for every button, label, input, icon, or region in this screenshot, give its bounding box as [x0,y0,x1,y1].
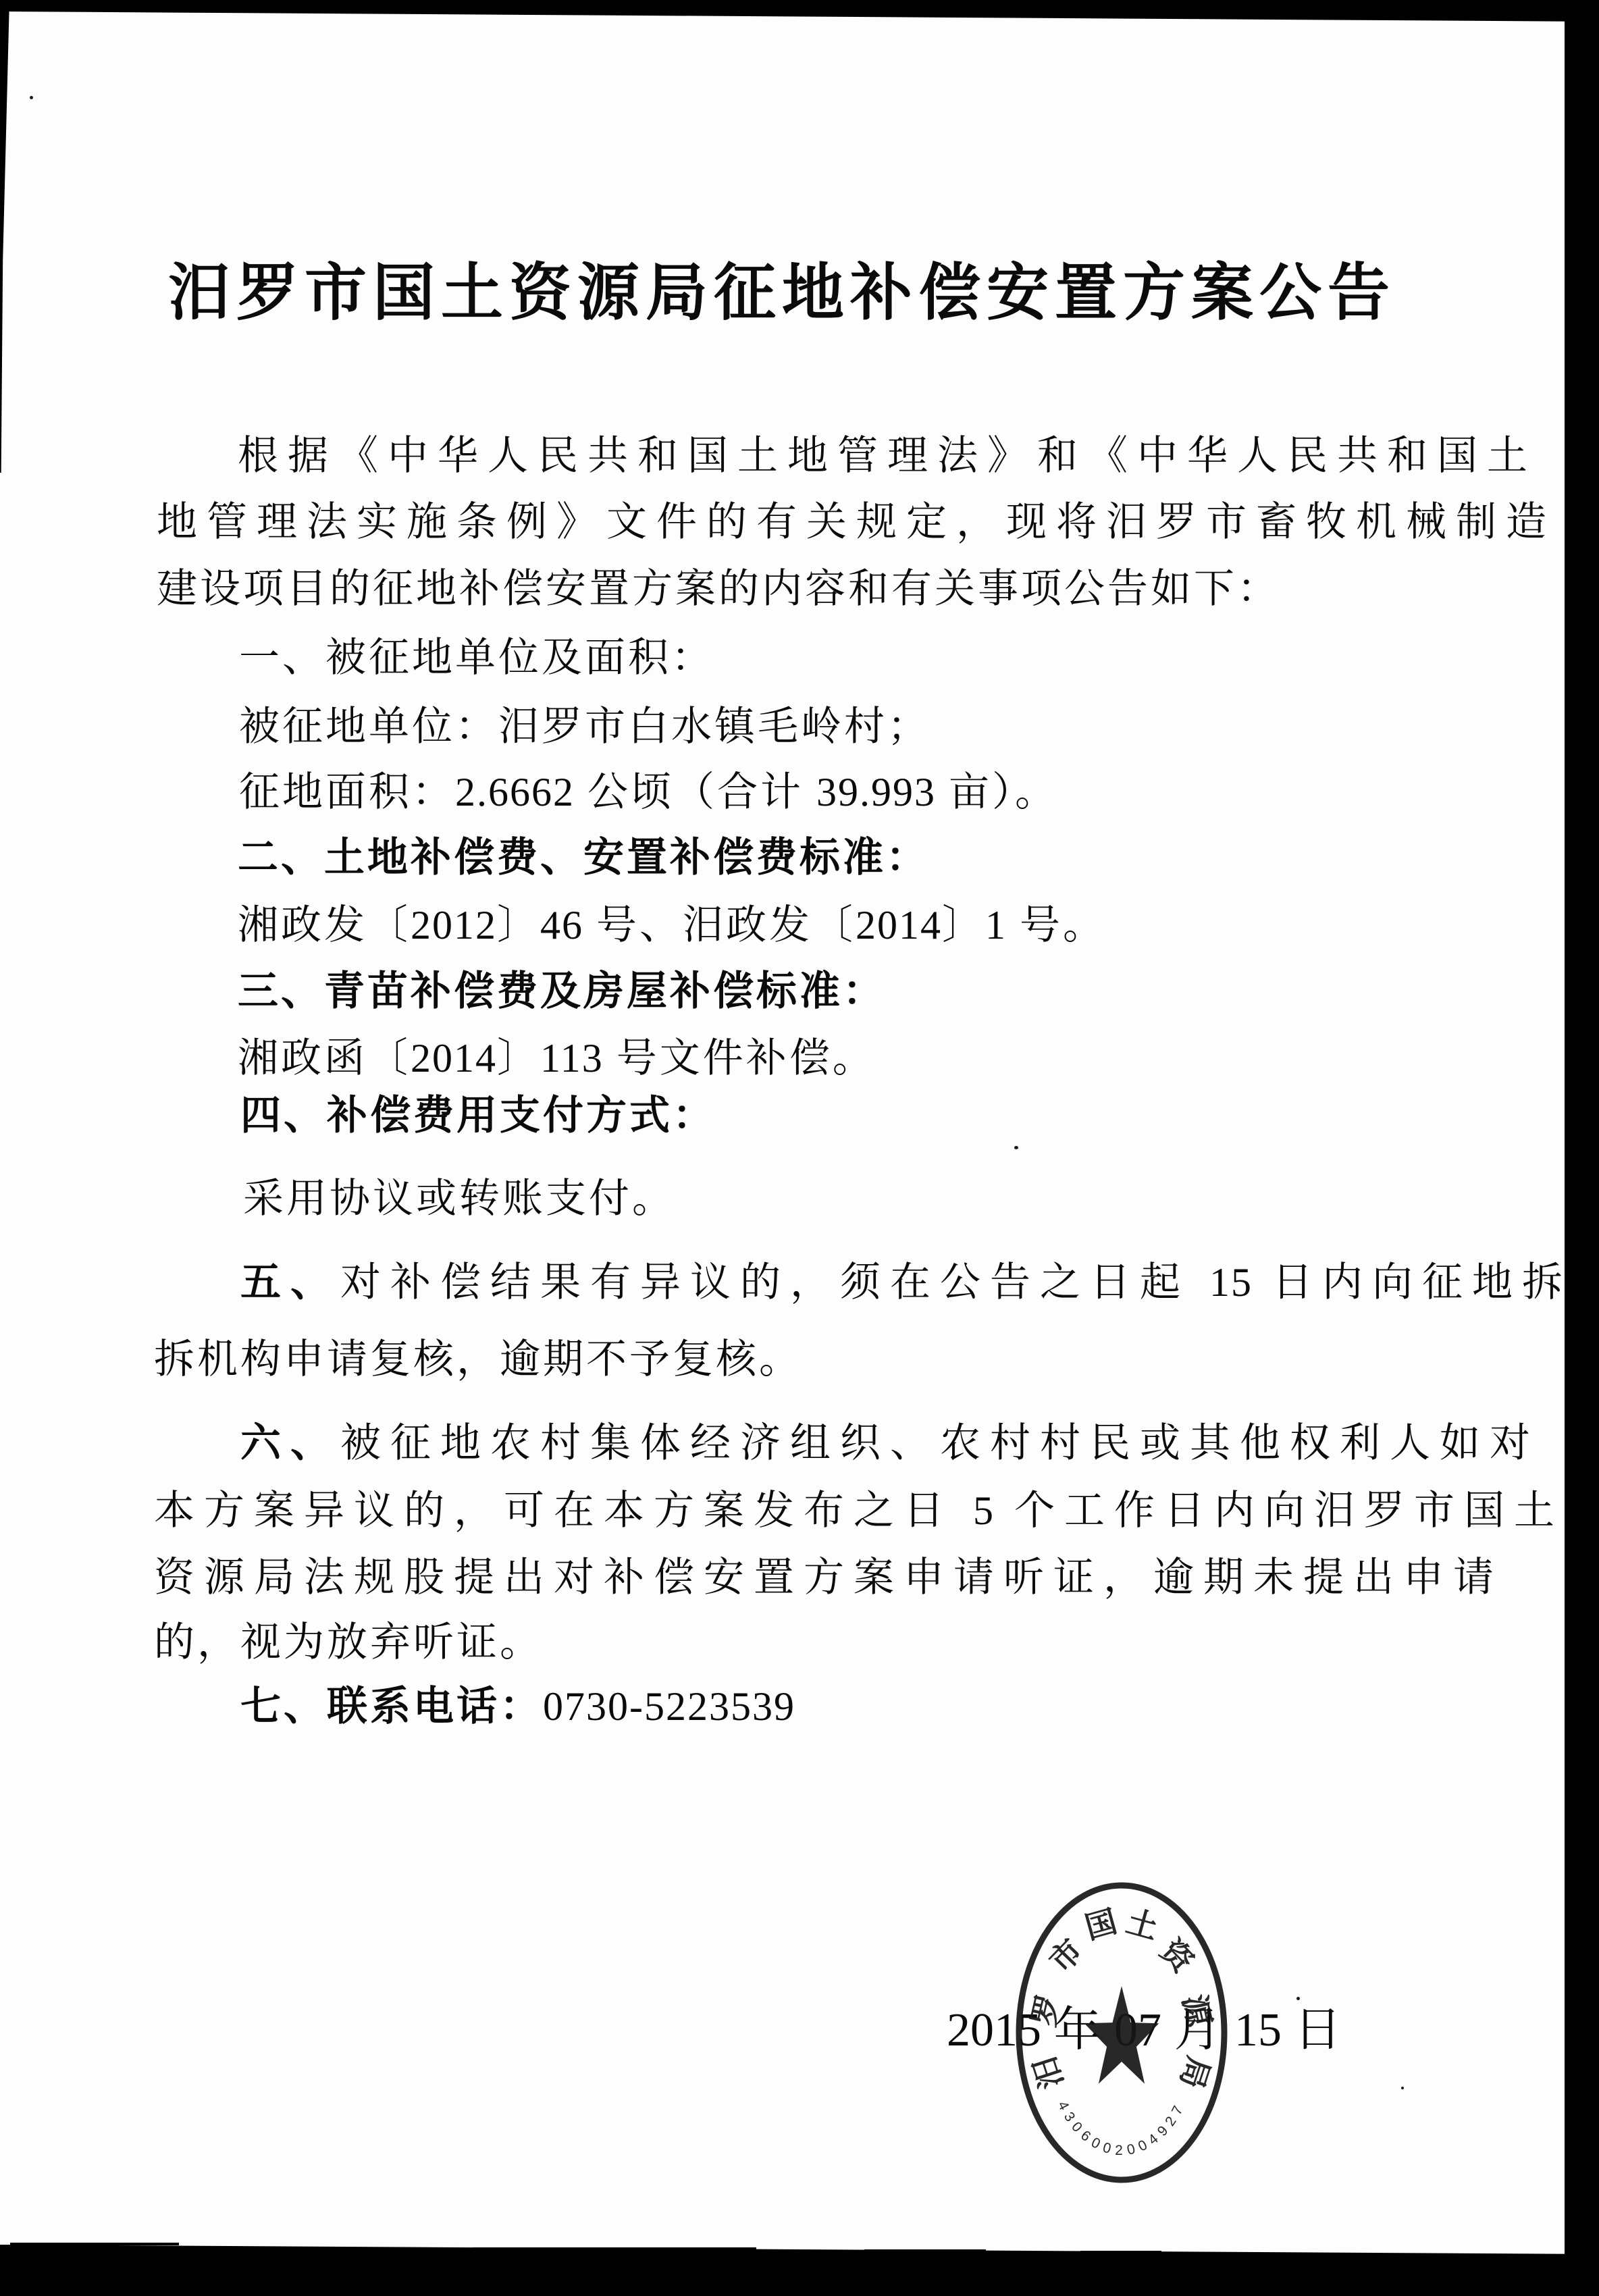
text-run: 公顷（合计 [575,770,816,814]
scan-edge-right [1565,0,1599,2296]
text-line: 湘政函〔2014〕113 号文件补偿。 [238,1038,876,1078]
scan-edge-top [0,0,1599,23]
scan-edge-left [0,0,9,473]
text-line: 采用协议或转账支付。 [243,1178,675,1219]
text-line: 地管理法实施条例》文件的有关规定，现将汨罗市畜牧机械制造 [157,502,1556,542]
text-run: 46 [540,903,583,947]
text-line: 资源局法规股提出对补偿安置方案申请听证，逾期未提出申请 [154,1557,1503,1598]
scan-edge-bottom [0,2237,1599,2296]
seal-character: 罗 [1026,1991,1067,2029]
scan-streak [864,2249,986,2251]
text-run: 5 [973,1488,995,1533]
text-run: 被征地农村集体经济组织、农村村民或其他权利人如对 [340,1421,1540,1465]
scanned-document-page: 汨罗市国土资源局征地补偿安置方案公告 根据《中华人民共和国土地管理法》和《中华人… [0,0,1599,2296]
text-line: 六、被征地农村集体经济组织、农村村民或其他权利人如对 [240,1423,1540,1463]
text-line: 四、补偿费用支付方式： [240,1095,716,1136]
text-run: 四、补偿费用支付方式： [240,1093,716,1138]
text-run: 湘政函〔 [238,1036,411,1080]
text-line: 征地面积：2.6662 公顷（合计 39.993 亩）。 [239,772,1058,812]
text-line: 本方案异议的，可在本方案发布之日 5 个工作日内向汨罗市国土 [154,1490,1564,1531]
text-run: 二、土地补偿费、安置补偿费标准： [238,835,929,880]
scan-streak [473,2247,756,2250]
text-run: 2014 [411,1036,497,1080]
text-run: 113 [540,1036,604,1080]
text-run: 号文件补偿。 [604,1036,876,1080]
text-line: 根据《中华人民共和国土地管理法》和《中华人民共和国土 [238,436,1537,476]
text-run: 个工作日内向汨罗市国土 [995,1488,1564,1533]
text-run: 对补偿结果有异议的，须在公告之日起 [340,1260,1209,1305]
text-run: 建设项目的征地补偿安置方案的内容和有关事项公告如下： [157,567,1280,611]
text-run: 地管理法实施条例》文件的有关规定，现将汨罗市畜牧机械制造 [157,500,1556,544]
text-run: 〕 [497,1036,540,1080]
text-run: 15 [1209,1260,1253,1305]
text-run: 〕 [497,903,540,947]
text-run: 1 [985,903,1007,947]
text-run: 亩）。 [936,770,1058,814]
seal-character: 局 [1174,2052,1216,2093]
text-line: 的，视为放弃听证。 [154,1622,543,1663]
text-run: 2.6662 [455,770,575,814]
scan-streak [10,2243,179,2245]
text-run: 2014 [856,903,942,947]
text-run: 六、 [240,1420,340,1465]
text-run: 号、汨政发〔 [583,903,856,947]
text-run: 39.993 [816,770,936,814]
text-run: 三、青苗补偿费及房屋补偿标准： [238,968,886,1014]
text-line: 七、联系电话：0730-5223539 [240,1686,795,1727]
text-run: 采用协议或转账支付。 [243,1176,675,1221]
text-run: 被征地单位：汨罗市白水镇毛岭村； [239,704,930,749]
text-line: 湘政发〔2012〕46 号、汨政发〔2014〕1 号。 [238,905,1106,945]
text-run: 根据《中华人民共和国土地管理法》和《中华人民共和国土 [238,434,1537,478]
text-line: 三、青苗补偿费及房屋补偿标准： [238,971,886,1012]
scan-streak [1080,2251,1161,2253]
text-line: 建设项目的征地补偿安置方案的内容和有关事项公告如下： [157,569,1280,609]
seal-character: 源 [1176,1991,1217,2030]
text-run: 资源局法规股提出对补偿安置方案申请听证，逾期未提出申请 [154,1555,1503,1600]
text-line: 五、对补偿结果有异议的，须在公告之日起 15 日内向征地拆 [240,1262,1572,1303]
text-run: 15 [1234,2004,1282,2056]
scan-speck [30,96,33,99]
scan-speck [1296,1997,1300,2000]
text-run: 拆机构申请复核，逾期不予复核。 [154,1337,802,1382]
text-line: 拆机构申请复核，逾期不予复核。 [154,1339,802,1380]
seal-star-icon [1084,1986,1159,2084]
text-run: 五、 [240,1259,340,1305]
seal-character: 市 [1043,1933,1090,1979]
text-run: 日内向征地拆 [1253,1260,1572,1305]
text-run: 湘政发〔 [238,903,411,947]
text-run: 0730-5223539 [543,1684,795,1729]
text-run: 本方案异议的，可在本方案发布之日 [154,1488,973,1533]
seal-character: 汨 [1027,2052,1070,2093]
scan-speck [1401,2087,1404,2089]
text-line: 一、被征地单位及面积： [239,637,714,678]
text-run: 2012 [411,903,497,947]
official-seal-stamp: 4306002004927 汨罗市国土资源局 [1014,1880,1230,2184]
text-run: 号。 [1007,903,1106,947]
seal-character: 资 [1154,1933,1201,1979]
text-line: 被征地单位：汨罗市白水镇毛岭村； [239,706,930,747]
seal-code: 4306002004927 [1055,2099,1189,2158]
text-run: 日 [1282,2004,1342,2056]
scan-speck [1014,1146,1018,1149]
text-run: 〕 [942,903,985,947]
seal-character: 国 [1082,1904,1121,1946]
text-run: 七、联系电话： [240,1684,543,1729]
document-title: 汨罗市国土资源局征地补偿安置方案公告 [168,262,1396,324]
text-run: 的，视为放弃听证。 [154,1620,543,1665]
seal-character: 土 [1123,1904,1162,1946]
text-line: 二、土地补偿费、安置补偿费标准： [238,837,929,878]
text-run: 征地面积： [239,770,455,814]
text-run: 一、被征地单位及面积： [239,635,714,680]
